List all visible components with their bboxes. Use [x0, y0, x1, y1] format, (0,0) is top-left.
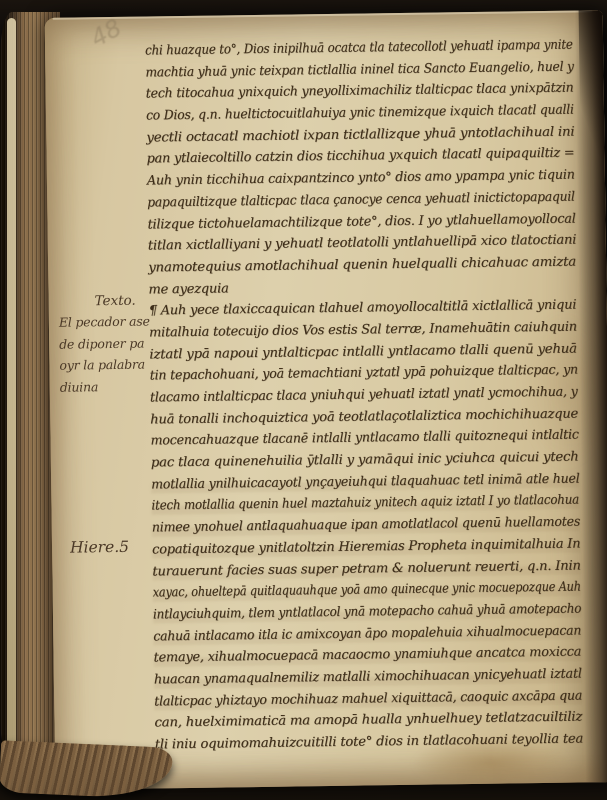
manuscript-page: 48 Texto. El pecador ase de diponer pa o…: [45, 10, 607, 790]
corner-mark: 48: [86, 13, 126, 52]
margin-texto-label: Texto.: [94, 293, 135, 310]
manuscript-photo: 48 Texto. El pecador ase de diponer pa o…: [0, 0, 607, 800]
margin-note-line: El pecador ase: [59, 310, 151, 333]
margin-note: El pecador ase de diponer pa oyr la pala…: [59, 310, 152, 397]
margin-note-line: de diponer pa: [59, 332, 151, 355]
margin-note-line: oyr la palabra: [59, 353, 151, 376]
curled-page-corners: [0, 740, 173, 799]
page-top-edge: [53, 10, 593, 20]
manuscript-text-block: chi huazque to°, Dios inipilhuā ocatca t…: [145, 35, 583, 757]
top-right-shadow: [579, 10, 605, 160]
margin-note-line: diuina: [60, 375, 152, 398]
scripture-reference: Hiere.5: [70, 538, 129, 557]
fore-edge-highlight: [7, 18, 16, 778]
manuscript-line: me ayezquia: [148, 278, 228, 301]
